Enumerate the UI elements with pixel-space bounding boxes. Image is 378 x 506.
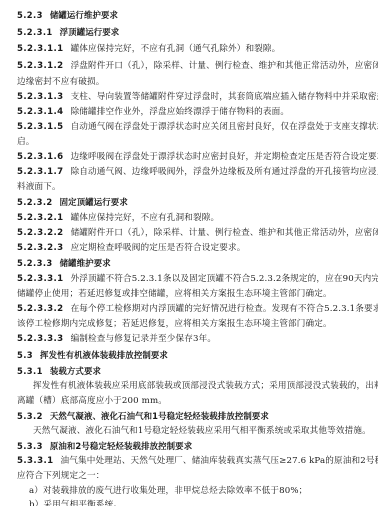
clause-number: 5.3.3 xyxy=(17,441,43,451)
line-text: 罐体应保持完好，不应有孔洞（通气孔除外）和裂隙。 xyxy=(71,44,281,54)
line-text: 应定期检查呼吸阀的定压是否符合设定要求。 xyxy=(71,243,246,253)
section-heading: 5.3.3原油和2号稳定轻烃装载排放控制要求 xyxy=(17,441,192,452)
line-text: 浮盘附件开口（孔），除采样、计量、例行检查、维护和其他正常活动外，应密闭；浮盘 xyxy=(71,61,378,71)
section-heading: 5.2.3.2固定顶罐运行要求 xyxy=(17,197,128,208)
paragraph-line: 5.2.3.2.2储罐附件开口（孔），除采样、计量、例行检查、维护和其他正常活动… xyxy=(17,228,378,239)
section-heading: 5.2.3.1浮顶罐运行要求 xyxy=(17,27,119,38)
line-text: 固定顶罐运行要求 xyxy=(60,197,128,207)
line-text: 除储罐排空作业外，浮盘应始终漂浮于储存物料的表面。 xyxy=(71,107,290,117)
line-text: 天然气凝液、液化石油气和1号稳定轻烃装载排放控制要求 xyxy=(50,411,269,421)
line-text: 储罐附件开口（孔），除采样、计量、例行检查、维护和其他正常活动外，应密闭。 xyxy=(71,228,378,238)
line-text: 油气集中处理站、天然气处理厂、储油库装载真实蒸气压≥27.6 kPa的原油和2号… xyxy=(61,456,378,466)
paragraph-line: 5.2.3.1.6边缘呼吸阀在浮盘处于漂浮状态时应密封良好，并定期检查定压是否符… xyxy=(17,152,378,163)
paragraph-line: 挥发性有机液体装载应采用底部装载或顶部浸没式装载方式；采用顶部浸没式装载的，出料… xyxy=(33,381,378,392)
line-text: 挥发性有机液体装载应采用底部装载或顶部浸没式装载方式；采用顶部浸没式装载的，出料… xyxy=(33,381,378,391)
paragraph-line: 5.2.3.2.1罐体应保持完好，不应有孔洞和裂隙。 xyxy=(17,213,219,224)
clause-number: 5.3.2 xyxy=(17,411,43,421)
paragraph-line: 启。 xyxy=(17,137,35,148)
clause-number: 5.2.3.3 xyxy=(17,258,53,268)
paragraph-line: 该停工检修期内完成修复；若延迟修复，应将相关方案报生态环境主管部门确定。 xyxy=(17,319,332,330)
line-text: 外浮顶罐不符合5.2.3.1条以及固定顶罐不符合5.2.3.2条规定的，应在90… xyxy=(71,274,378,284)
line-text: 支柱、导向装置等储罐附件穿过浮盘时，其套筒底端应插入储存物料中并采取密封措施。 xyxy=(71,92,378,102)
clause-number: 5.2.3.2.2 xyxy=(17,228,64,238)
clause-number: 5.3.3.1 xyxy=(17,456,54,466)
line-text: 在每个停工检修期对内浮顶罐的完好情况进行检查。发现有不符合5.2.3.1条要求的… xyxy=(71,304,378,314)
line-text: 离罐（槽）底部高度应小于200 mm。 xyxy=(17,396,167,406)
clause-number: 5.2.3.3.3 xyxy=(17,334,64,344)
clause-number: 5.2.3.1 xyxy=(17,27,53,37)
clause-number: b） xyxy=(29,500,43,506)
clause-number: 5.2.3.3.1 xyxy=(17,274,64,284)
line-text: 对装载排放的废气进行收集处理，非甲烷总烃去除效率不低于80%； xyxy=(43,486,307,496)
clause-number: a） xyxy=(29,486,43,496)
paragraph-line: 离罐（槽）底部高度应小于200 mm。 xyxy=(17,396,167,407)
line-text: 除自动通气阀、边缘呼吸阀外，浮盘外边缘板及所有通过浮盘的开孔接管均应浸入储存物 xyxy=(71,167,378,177)
line-text: 编制检查与修复记录并至少保存3年。 xyxy=(71,334,217,344)
line-text: 边缘密封不应有破损。 xyxy=(17,77,104,87)
section-heading: 5.2.3.3储罐维护要求 xyxy=(17,258,111,269)
clause-number: 5.2.3.1.4 xyxy=(17,107,64,117)
clause-number: 5.2.3 xyxy=(17,10,43,20)
line-text: 储罐运行维护要求 xyxy=(50,10,118,20)
paragraph-line: a）对装载排放的废气进行收集处理，非甲烷总烃去除效率不低于80%； xyxy=(29,486,307,497)
paragraph-line: b）采用气相平衡系统。 xyxy=(29,500,122,506)
paragraph-line: 边缘密封不应有破损。 xyxy=(17,77,104,88)
line-text: 应符合下列规定之一： xyxy=(17,471,104,481)
paragraph-line: 5.2.3.3.1外浮顶罐不符合5.2.3.1条以及固定顶罐不符合5.2.3.2… xyxy=(17,274,378,285)
paragraph-line: 5.2.3.1.7除自动通气阀、边缘呼吸阀外，浮盘外边缘板及所有通过浮盘的开孔接… xyxy=(17,167,378,178)
clause-number: 5.3 xyxy=(17,350,33,360)
line-text: 原油和2号稳定轻烃装载排放控制要求 xyxy=(50,441,192,451)
section-heading: 5.3挥发性有机液体装载排放控制要求 xyxy=(17,350,168,361)
line-text: 浮顶罐运行要求 xyxy=(60,27,120,37)
paragraph-line: 5.2.3.3.3编制检查与修复记录并至少保存3年。 xyxy=(17,334,216,345)
clause-number: 5.2.3.2.1 xyxy=(17,213,64,223)
line-text: 天然气凝液、液化石油气和1号稳定轻烃装载应采用气相平衡系统或采取其他等效措施。 xyxy=(33,426,371,436)
clause-number: 5.2.3.1.2 xyxy=(17,61,64,71)
clause-number: 5.2.3.2 xyxy=(17,197,53,207)
line-text: 该停工检修期内完成修复；若延迟修复，应将相关方案报生态环境主管部门确定。 xyxy=(17,319,332,329)
clause-number: 5.2.3.1.3 xyxy=(17,92,64,102)
line-text: 料液面下。 xyxy=(17,182,61,192)
paragraph-line: 5.3.3.1油气集中处理站、天然气处理厂、储油库装载真实蒸气压≥27.6 kP… xyxy=(17,456,378,467)
paragraph-line: 5.2.3.1.3支柱、导向装置等储罐附件穿过浮盘时，其套筒底端应插入储存物料中… xyxy=(17,92,378,103)
paragraph-line: 应符合下列规定之一： xyxy=(17,471,104,482)
clause-number: 5.2.3.2.3 xyxy=(17,243,64,253)
paragraph-line: 5.2.3.1.4除储罐排空作业外，浮盘应始终漂浮于储存物料的表面。 xyxy=(17,107,289,118)
paragraph-line: 5.2.3.1.1罐体应保持完好，不应有孔洞（通气孔除外）和裂隙。 xyxy=(17,44,280,55)
paragraph-line: 储罐停止使用；若延迟修复或排空储罐，应将相关方案报生态环境主管部门确定。 xyxy=(17,289,332,300)
clause-number: 5.2.3.1.5 xyxy=(17,122,64,132)
paragraph-line: 5.2.3.3.2在每个停工检修期对内浮顶罐的完好情况进行检查。发现有不符合5.… xyxy=(17,304,378,315)
line-text: 自动通气阀在浮盘处于漂浮状态时应关闭且密封良好，仅在浮盘处于支座支撑状态时可开 xyxy=(71,122,378,132)
paragraph-line: 天然气凝液、液化石油气和1号稳定轻烃装载应采用气相平衡系统或采取其他等效措施。 xyxy=(33,426,371,437)
paragraph-line: 5.2.3.1.2浮盘附件开口（孔），除采样、计量、例行检查、维护和其他正常活动… xyxy=(17,61,378,72)
line-text: 边缘呼吸阀在浮盘处于漂浮状态时应密封良好，并定期检查定压是否符合设定要求。 xyxy=(71,152,378,162)
paragraph-line: 料液面下。 xyxy=(17,182,61,193)
line-text: 挥发性有机液体装载排放控制要求 xyxy=(40,350,168,360)
line-text: 装载方式要求 xyxy=(50,366,101,376)
paragraph-line: 5.2.3.2.3应定期检查呼吸阀的定压是否符合设定要求。 xyxy=(17,243,245,254)
section-heading: 5.2.3储罐运行维护要求 xyxy=(17,10,118,21)
clause-number: 5.2.3.1.7 xyxy=(17,167,64,177)
paragraph-line: 5.2.3.1.5自动通气阀在浮盘处于漂浮状态时应关闭且密封良好，仅在浮盘处于支… xyxy=(17,122,378,133)
line-text: 启。 xyxy=(17,137,35,147)
section-heading: 5.3.2天然气凝液、液化石油气和1号稳定轻烃装载排放控制要求 xyxy=(17,411,269,422)
clause-number: 5.2.3.1.1 xyxy=(17,44,64,54)
section-heading: 5.3.1装载方式要求 xyxy=(17,366,101,377)
line-text: 采用气相平衡系统。 xyxy=(43,500,122,506)
line-text: 储罐停止使用；若延迟修复或排空储罐，应将相关方案报生态环境主管部门确定。 xyxy=(17,289,332,299)
line-text: 罐体应保持完好，不应有孔洞和裂隙。 xyxy=(71,213,220,223)
clause-number: 5.2.3.3.2 xyxy=(17,304,64,314)
clause-number: 5.2.3.1.6 xyxy=(17,152,64,162)
line-text: 储罐维护要求 xyxy=(60,258,111,268)
clause-number: 5.3.1 xyxy=(17,366,43,376)
